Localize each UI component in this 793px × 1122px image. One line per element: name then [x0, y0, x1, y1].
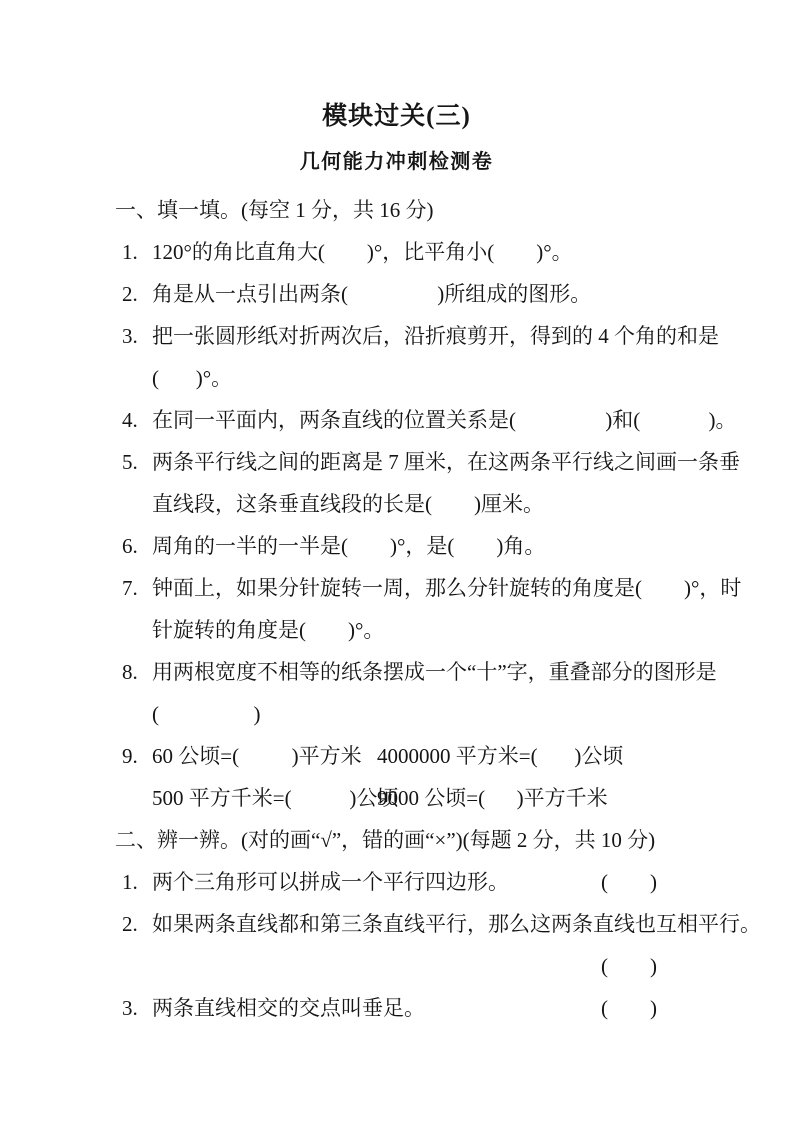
item-text: 两条直线相交的交点叫垂足。: [152, 987, 425, 1029]
item-text: 两条平行线之间的距离是 7 厘米，在这两条平行线之间画一条垂: [152, 441, 740, 483]
item-number: 1.: [122, 861, 138, 903]
item-text: 用两根宽度不相等的纸条摆成一个“十”字，重叠部分的图形是: [152, 651, 717, 693]
item-text: 针旋转的角度是( )°。: [152, 609, 384, 651]
tf-item-2: 2. 如果两条直线都和第三条直线平行，那么这两条直线也互相平行。: [0, 903, 793, 945]
item-text: 120°的角比直角大( )°，比平角小( )°。: [152, 231, 573, 273]
conversion-cell: 60 公顷=( )平方米: [152, 735, 362, 777]
item-number: 5.: [122, 441, 138, 483]
doc-title: 模块过关(三): [0, 96, 793, 132]
tf-item-1: 1. 两个三角形可以拼成一个平行四边形。 ( ): [0, 861, 793, 903]
doc-subtitle: 几何能力冲刺检测卷: [0, 145, 793, 174]
section1-header: 一、填一填。(每空 1 分，共 16 分): [0, 189, 793, 231]
conversion-cell: 9000 公顷=( )平方千米: [377, 777, 608, 819]
question-item-7: 7. 钟面上，如果分针旋转一周，那么分针旋转的角度是( )°，时: [0, 567, 793, 609]
question-item-8-cont: ( ): [0, 693, 793, 735]
item-text: 两个三角形可以拼成一个平行四边形。: [152, 861, 509, 903]
item-number: 6.: [122, 525, 138, 567]
tf-item-2-answer-line: ( ): [0, 945, 793, 987]
item-number: 9.: [122, 735, 138, 777]
answer-blank: ( ): [601, 945, 657, 987]
question-item-3: 3. 把一张圆形纸对折两次后，沿折痕剪开，得到的 4 个角的和是: [0, 315, 793, 357]
item-number: 8.: [122, 651, 138, 693]
item-text: 角是从一点引出两条( )所组成的图形。: [152, 273, 591, 315]
question-item-9: 9. 60 公顷=( )平方米 4000000 平方米=( )公顷: [0, 735, 793, 777]
item-number: 2.: [122, 273, 138, 315]
item-number: 7.: [122, 567, 138, 609]
section-heading: 一、填一填。(每空 1 分，共 16 分): [115, 189, 434, 231]
answer-blank: ( ): [152, 693, 261, 735]
question-item-9-cont: 500 平方千米=( )公顷 9000 公顷=( )平方千米: [0, 777, 793, 819]
question-item-7-cont: 针旋转的角度是( )°。: [0, 609, 793, 651]
conversion-cell: 500 平方千米=( )公顷: [152, 777, 398, 819]
item-text: 在同一平面内，两条直线的位置关系是( )和( )。: [152, 399, 736, 441]
question-item-1: 1. 120°的角比直角大( )°，比平角小( )°。: [0, 231, 793, 273]
question-item-8: 8. 用两根宽度不相等的纸条摆成一个“十”字，重叠部分的图形是: [0, 651, 793, 693]
answer-blank: ( ): [601, 987, 657, 1029]
item-number: 1.: [122, 231, 138, 273]
section2-header: 二、辨一辨。(对的画“√”，错的画“×”)(每题 2 分，共 10 分): [0, 819, 793, 861]
question-item-3-cont: ( )°。: [0, 357, 793, 399]
item-number: 4.: [122, 399, 138, 441]
item-number: 3.: [122, 315, 138, 357]
item-text: 周角的一半的一半是( )°，是( )角。: [152, 525, 545, 567]
item-text: 如果两条直线都和第三条直线平行，那么这两条直线也互相平行。: [152, 903, 761, 945]
item-text: 把一张圆形纸对折两次后，沿折痕剪开，得到的 4 个角的和是: [152, 315, 719, 357]
question-item-5: 5. 两条平行线之间的距离是 7 厘米，在这两条平行线之间画一条垂: [0, 441, 793, 483]
question-item-4: 4. 在同一平面内，两条直线的位置关系是( )和( )。: [0, 399, 793, 441]
question-item-5-cont: 直线段，这条垂直线段的长是( )厘米。: [0, 483, 793, 525]
document-body: 一、填一填。(每空 1 分，共 16 分) 1. 120°的角比直角大( )°，…: [0, 189, 793, 1029]
document-page: 模块过关(三) 几何能力冲刺检测卷 一、填一填。(每空 1 分，共 16 分) …: [0, 0, 793, 1122]
question-item-6: 6. 周角的一半的一半是( )°，是( )角。: [0, 525, 793, 567]
item-text: 直线段，这条垂直线段的长是( )厘米。: [152, 483, 544, 525]
item-text: 钟面上，如果分针旋转一周，那么分针旋转的角度是( )°，时: [152, 567, 741, 609]
tf-item-3: 3. 两条直线相交的交点叫垂足。 ( ): [0, 987, 793, 1029]
section-heading: 二、辨一辨。(对的画“√”，错的画“×”)(每题 2 分，共 10 分): [115, 819, 655, 861]
item-number: 3.: [122, 987, 138, 1029]
answer-blank: ( ): [601, 861, 657, 903]
question-item-2: 2. 角是从一点引出两条( )所组成的图形。: [0, 273, 793, 315]
item-number: 2.: [122, 903, 138, 945]
item-text: ( )°。: [152, 357, 232, 399]
conversion-cell: 4000000 平方米=( )公顷: [377, 735, 623, 777]
